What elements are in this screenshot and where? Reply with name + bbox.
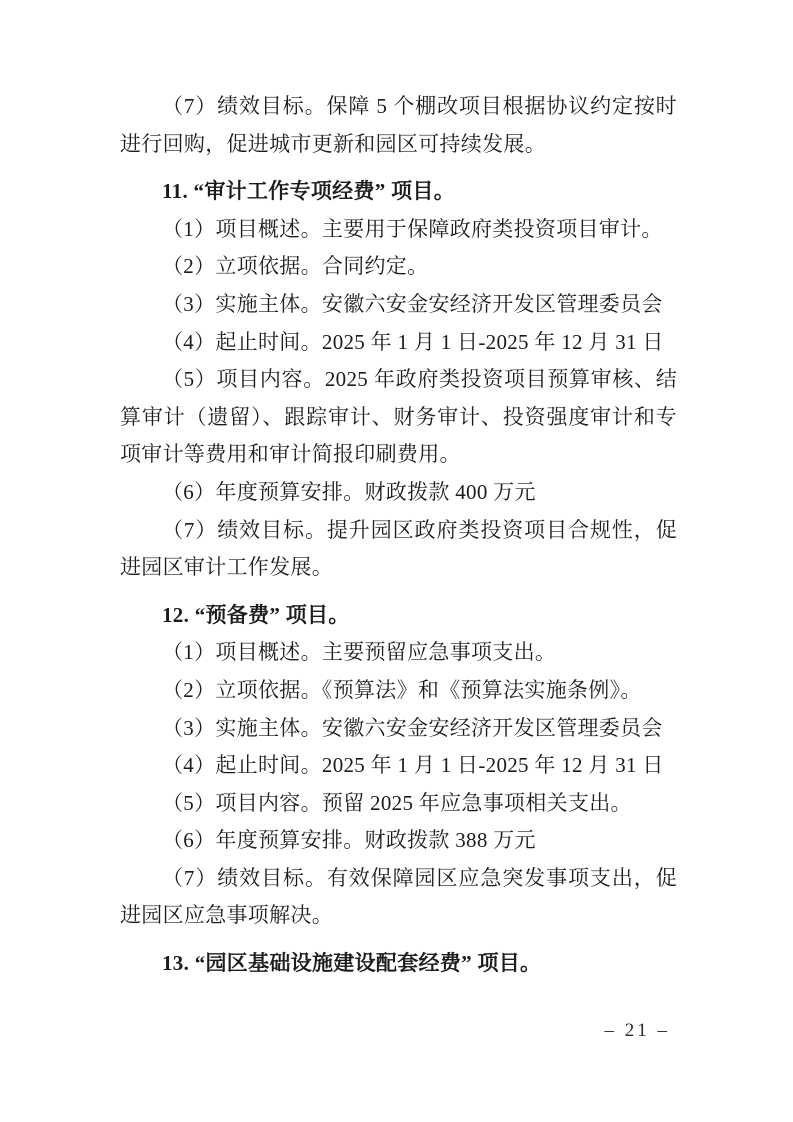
paragraph-p11-basis: （2）立项依据。合同约定。 [120, 248, 677, 286]
paragraph-p11-implementer: （3）实施主体。安徽六安金安经济开发区管理委员会 [120, 286, 677, 324]
section-heading-project-13: 13. “园区基础设施建设配套经费” 项目。 [120, 945, 677, 983]
paragraph-p11-overview: （1）项目概述。主要用于保障政府类投资项目审计。 [120, 211, 677, 249]
document-body: （7）绩效目标。保障 5 个棚改项目根据协议约定按时进行回购，促进城市更新和园区… [120, 88, 677, 983]
paragraph-p12-overview: （1）项目概述。主要预留应急事项支出。 [120, 634, 677, 672]
paragraph-performance-goal-prev-project: （7）绩效目标。保障 5 个棚改项目根据协议约定按时进行回购，促进城市更新和园区… [120, 88, 677, 163]
paragraph-p11-duration: （4）起止时间。2025 年 1 月 1 日-2025 年 12 月 31 日 [120, 324, 677, 362]
page-number: – 21 – [605, 1018, 671, 1044]
section-heading-project-12: 12. “预备费” 项目。 [120, 597, 677, 635]
paragraph-p11-performance-goal: （7）绩效目标。提升园区政府类投资项目合规性，促进园区审计工作发展。 [120, 512, 677, 587]
paragraph-p12-duration: （4）起止时间。2025 年 1 月 1 日-2025 年 12 月 31 日 [120, 747, 677, 785]
paragraph-p12-implementer: （3）实施主体。安徽六安金安经济开发区管理委员会 [120, 710, 677, 748]
paragraph-p12-performance-goal: （7）绩效目标。有效保障园区应急突发事项支出，促进园区应急事项解决。 [120, 860, 677, 935]
paragraph-p12-content: （5）项目内容。预留 2025 年应急事项相关支出。 [120, 785, 677, 823]
paragraph-p12-basis: （2）立项依据。《预算法》和《预算法实施条例》。 [120, 672, 677, 710]
document-page: （7）绩效目标。保障 5 个棚改项目根据协议约定按时进行回购，促进城市更新和园区… [0, 0, 793, 1122]
paragraph-p11-budget: （6）年度预算安排。财政拨款 400 万元 [120, 474, 677, 512]
paragraph-p11-content: （5）项目内容。2025 年政府类投资项目预算审核、结算审计（遗留）、跟踪审计、… [120, 361, 677, 474]
section-heading-project-11: 11. “审计工作专项经费” 项目。 [120, 173, 677, 211]
paragraph-p12-budget: （6）年度预算安排。财政拨款 388 万元 [120, 822, 677, 860]
